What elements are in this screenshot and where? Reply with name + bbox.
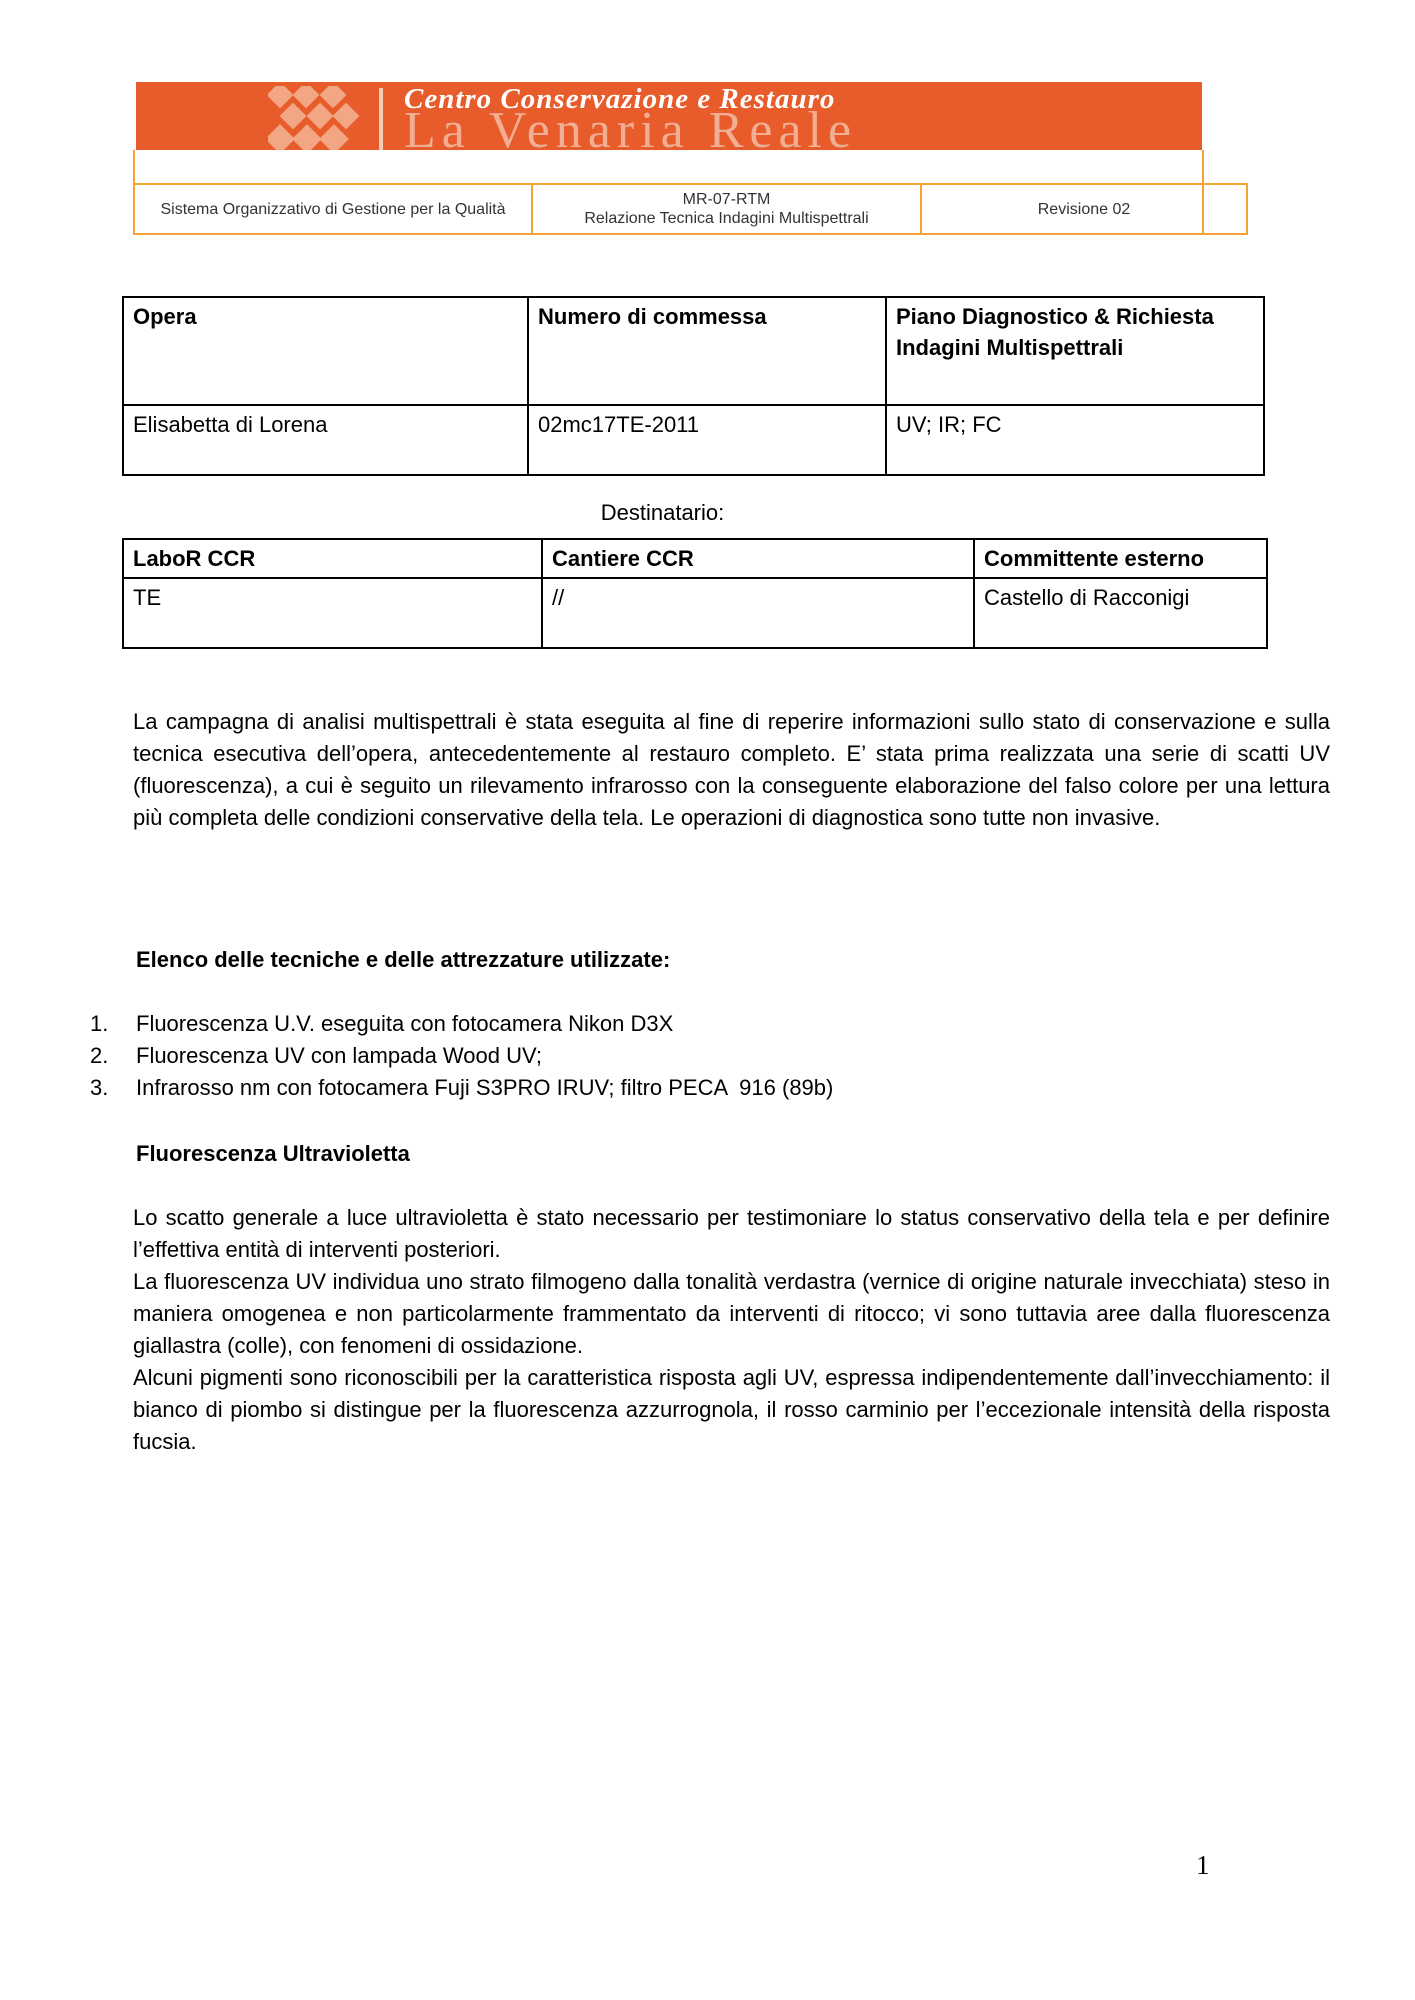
list-item: 3. Infrarosso nm con fotocamera Fuji S3P… xyxy=(90,1072,1330,1104)
cantiere-ccr-header: Cantiere CCR xyxy=(542,539,974,578)
banner-text: Centro Conservazione e Restauro La Venar… xyxy=(404,82,1194,150)
list-item-number: 3. xyxy=(90,1072,136,1104)
table-header-row: Opera Numero di commessa Piano Diagnosti… xyxy=(123,297,1264,405)
piano-value: UV; IR; FC xyxy=(886,405,1264,475)
commessa-value: 02mc17TE-2011 xyxy=(528,405,886,475)
table-row: Sistema Organizzativo di Gestione per la… xyxy=(134,184,1247,234)
labor-ccr-header: LaboR CCR xyxy=(123,539,542,578)
document-page: Centro Conservazione e Restauro La Venar… xyxy=(0,0,1415,2000)
cantiere-ccr-value: // xyxy=(542,578,974,648)
piano-header: Piano Diagnostico & Richiesta Indagini M… xyxy=(886,297,1264,405)
uv-paragraph-1: Lo scatto generale a luce ultravioletta … xyxy=(133,1202,1330,1266)
labor-ccr-value: TE xyxy=(123,578,542,648)
header-info-box: Sistema Organizzativo di Gestione per la… xyxy=(133,150,1204,235)
techniques-heading: Elenco delle tecniche e delle attrezzatu… xyxy=(136,944,1330,976)
list-item-text: Fluorescenza UV con lampada Wood UV; xyxy=(136,1040,542,1072)
commessa-header: Numero di commessa xyxy=(528,297,886,405)
uv-paragraph-3: Alcuni pigmenti sono riconoscibili per l… xyxy=(133,1362,1330,1458)
intro-paragraph: La campagna di analisi multispettrali è … xyxy=(133,706,1330,834)
opera-header: Opera xyxy=(123,297,528,405)
committente-value: Castello di Racconigi xyxy=(974,578,1267,648)
opera-value: Elisabetta di Lorena xyxy=(123,405,528,475)
opera-table: Opera Numero di commessa Piano Diagnosti… xyxy=(122,296,1265,476)
document-title: Relazione Tecnica Indagini Multispettral… xyxy=(539,209,914,228)
list-item: 1. Fluorescenza U.V. eseguita con fotoca… xyxy=(90,1008,1330,1040)
techniques-list: 1. Fluorescenza U.V. eseguita con fotoca… xyxy=(90,1008,1330,1104)
document-code: MR-07-RTM xyxy=(539,190,914,209)
table-row: TE // Castello di Racconigi xyxy=(123,578,1267,648)
org-subtitle: La Venaria Reale xyxy=(404,108,1194,150)
destinatario-table: LaboR CCR Cantiere CCR Committente ester… xyxy=(122,538,1268,649)
list-item-number: 2. xyxy=(90,1040,136,1072)
table-row: Elisabetta di Lorena 02mc17TE-2011 UV; I… xyxy=(123,405,1264,475)
revision-cell: Revisione 02 xyxy=(921,184,1247,234)
quality-system-cell: Sistema Organizzativo di Gestione per la… xyxy=(134,184,532,234)
list-item-text: Fluorescenza U.V. eseguita con fotocamer… xyxy=(136,1008,673,1040)
header-info-table: Sistema Organizzativo di Gestione per la… xyxy=(133,183,1248,235)
uv-section-heading: Fluorescenza Ultravioletta xyxy=(136,1138,1330,1170)
ccr-diamond-logo-icon xyxy=(268,86,360,150)
header-banner: Centro Conservazione e Restauro La Venar… xyxy=(136,82,1202,150)
list-item: 2. Fluorescenza UV con lampada Wood UV; xyxy=(90,1040,1330,1072)
list-item-number: 1. xyxy=(90,1008,136,1040)
uv-paragraph-2: La fluorescenza UV individua uno strato … xyxy=(133,1266,1330,1362)
table-header-row: LaboR CCR Cantiere CCR Committente ester… xyxy=(123,539,1267,578)
list-item-text: Infrarosso nm con fotocamera Fuji S3PRO … xyxy=(136,1072,833,1104)
banner-divider xyxy=(379,88,383,150)
document-code-cell: MR-07-RTM Relazione Tecnica Indagini Mul… xyxy=(532,184,921,234)
committente-header: Committente esterno xyxy=(974,539,1267,578)
uv-section-paragraphs: Lo scatto generale a luce ultravioletta … xyxy=(133,1202,1330,1458)
destinatario-label: Destinatario: xyxy=(122,500,1203,526)
page-number: 1 xyxy=(1196,1850,1210,1881)
